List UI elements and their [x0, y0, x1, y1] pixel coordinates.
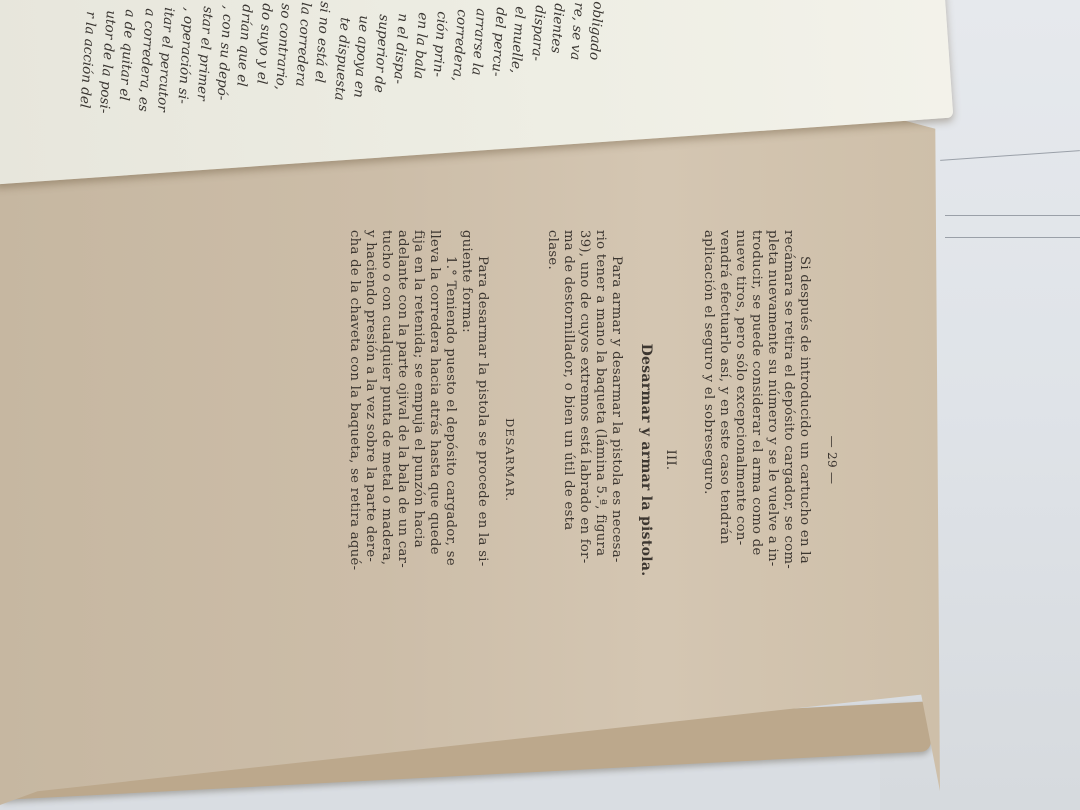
text-line: adelante con la parte ojival de la bala …	[394, 230, 410, 690]
section-title: Desarmar y armar la pistola.	[638, 230, 654, 690]
left-page-text-fragment: en la bala	[410, 12, 431, 80]
text-line: nueve tiros, pero sólo excepcionalmente …	[732, 230, 748, 690]
paper-crease-line	[945, 237, 1080, 238]
text-line: lleva la corredera hacia atrás hasta que…	[426, 230, 442, 690]
text-line: Si después de introducido un cartucho en…	[796, 230, 812, 690]
left-page-text-fragment: obligado	[586, 1, 606, 61]
text-line: ma de destornillador, o bien un útil de …	[560, 230, 576, 690]
text-line: troducir, se puede considerar el arma co…	[748, 230, 764, 690]
left-page-text-fragment: del percu-	[488, 7, 509, 77]
text-line: clase.	[544, 230, 560, 690]
text-line: guiente forma:	[458, 230, 474, 690]
paper-crease-line	[945, 215, 1080, 216]
left-page-text-fragment: ción prin-	[429, 10, 450, 77]
left-page-text-fragment: star el primer	[193, 6, 216, 101]
left-page-text-fragment: do suyo y el	[253, 3, 275, 85]
left-page-text-fragment: el muelle,	[507, 6, 528, 74]
text-line: 39), uno de cuyos extremos está labrado …	[576, 230, 592, 690]
left-page-text-fragment: itar el percutor	[154, 7, 177, 112]
desarmar-intro: Para desarmar la pistola se procede en l…	[458, 230, 490, 690]
left-page-text-fragment: so contrario,	[272, 2, 294, 90]
subheading-desarmar: DESARMAR.	[502, 230, 518, 690]
text-line: aplicación el seguro y el sobreseguro.	[700, 230, 716, 690]
page-body: — 29 — Si después de introducido un cart…	[346, 230, 840, 690]
text-line: y haciendo presión a la vez sobre la par…	[362, 230, 378, 690]
left-page-fragments: obligadore, se vadientesdispara-el muell…	[0, 0, 880, 190]
left-page-text-fragment: drían que el	[233, 4, 255, 87]
text-line: cha de la chaveta con la baqueta, se ret…	[346, 230, 362, 690]
left-page-text-fragment: r la acción del	[76, 10, 99, 108]
intro-paragraph: Si después de introducido un cartucho en…	[700, 230, 812, 690]
left-page-text-fragment: n el dispa-	[390, 13, 411, 85]
left-page-text-fragment: arrarse la	[468, 8, 489, 76]
text-line: rio tener a mano la baqueta (lámina 5.ª,…	[592, 230, 608, 690]
left-page-text-fragment: , operación si-	[174, 6, 197, 104]
left-page-text-fragment: dientes	[548, 3, 567, 54]
left-page-text-fragment: te dispuesta	[331, 16, 353, 100]
left-page-text-fragment: dispara-	[528, 4, 548, 61]
left-page-text-fragment: ue apoya en	[350, 15, 372, 98]
text-line: Para armar y desarmar la pistola es nece…	[608, 230, 624, 690]
left-page-text-fragment: a de quitar el	[116, 9, 138, 101]
section-paragraph: Para armar y desarmar la pistola es nece…	[544, 230, 624, 690]
left-page-text-fragment: , con su depó-	[213, 5, 236, 101]
left-page-text-fragment: corredera,	[449, 9, 470, 82]
text-line: 1.° Teniendo puesto el depósito cargador…	[442, 230, 458, 690]
text-line: fija en la retenida; se empuja el punzón…	[410, 230, 426, 690]
page-number: — 29 —	[824, 230, 840, 690]
left-page-text-fragment: re, se va	[566, 2, 586, 61]
text-line: pleta nuevamente su número y se le vuelv…	[764, 230, 780, 690]
text-line: Para desarmar la pistola se procede en l…	[474, 230, 490, 690]
text-line: vendrá efectuarlo así, y en este caso te…	[716, 230, 732, 690]
step-1-paragraph: 1.° Teniendo puesto el depósito cargador…	[346, 230, 458, 690]
left-page-text-fragment: la corredera	[292, 2, 314, 87]
text-line: recámara se retira el depósito cargador,…	[780, 230, 796, 690]
section-number: III.	[662, 230, 678, 690]
text-line: tucho o con cualquier punta de metal o m…	[378, 230, 394, 690]
left-page-text-fragment: superior de	[370, 14, 391, 93]
left-page-text-fragment: si no está el	[311, 1, 333, 84]
